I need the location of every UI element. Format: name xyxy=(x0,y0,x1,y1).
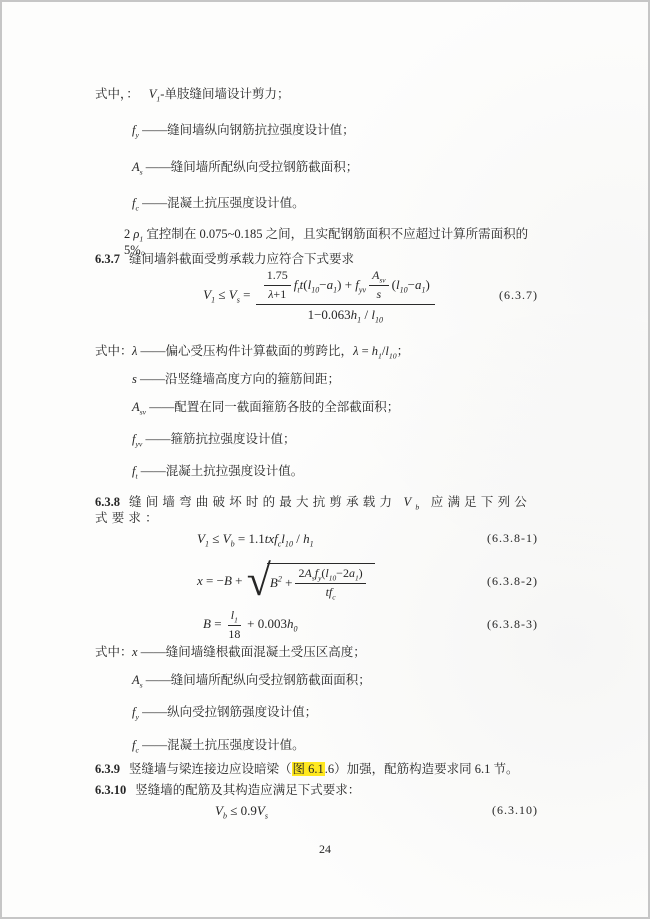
definition-row: ft ——混凝土抗拉强度设计值。 xyxy=(95,463,543,479)
definition-fc2: fc ——混凝土抗压强度设计值。 xyxy=(132,738,305,752)
where-label: 式中： xyxy=(95,343,133,359)
highlight-figure-ref: 图 6.1 xyxy=(292,762,325,776)
definition-row: s ——沿竖缝墙高度方向的箍筋间距； xyxy=(95,371,543,387)
formula-label: (6.3.7) xyxy=(499,288,538,304)
formula-label: (6.3.10) xyxy=(492,803,538,819)
formula-6-3-7: V1 ≤ Vs = 1.75λ+1ftt(l10−a1) + fyvAsvs(l… xyxy=(95,265,543,327)
radical-sign: √ xyxy=(247,561,271,601)
fraction: 1.75λ+1ftt(l10−a1) + fyvAsvs(l10−a1)1−0.… xyxy=(256,268,435,324)
fraction: l118 xyxy=(228,608,241,642)
definition-ft: ft ——混凝土抗拉强度设计值。 xyxy=(132,464,303,478)
definition-v1: V1-单肢缝间墙设计剪力； xyxy=(149,87,290,101)
formula-label: (6.3.8-2) xyxy=(487,574,538,590)
formula-label: (6.3.8-1) xyxy=(487,531,538,547)
definition-row: 式中：x ——缝间墙缝根截面混凝土受压区高度； xyxy=(95,644,543,660)
section-number: 6.3.9 xyxy=(95,762,120,776)
formula-6-3-10: Vb ≤ 0.9Vs (6.3.10) xyxy=(95,803,543,820)
definition-asv: Asv ——配置在同一截面箍筋各肢的全部截面积； xyxy=(132,400,399,414)
section-heading-6-3-10: 6.3.10竖缝墙的配筋及其构造应满足下式要求： xyxy=(95,782,543,798)
formula-label: (6.3.8-3) xyxy=(487,617,538,633)
section-title: 缝间墙斜截面受剪承载力应符合下式要求 xyxy=(129,252,354,266)
fraction: 2Asfy(l10−2a1)tfc xyxy=(295,566,365,600)
section-heading-6-3-8: 6.3.8缝间墙弯曲破坏时的最大抗剪承载力 Vb 应满足下列公式要求： xyxy=(95,494,543,527)
section-heading-6-3-9: 6.3.9竖缝墙与梁连接边应设暗梁（图 6.1.6）加强，配筋构造要求同 6.1… xyxy=(95,761,543,777)
definition-row: 式中：λ ——偏心受压构件计算截面的剪跨比，λ = h1/l10； xyxy=(95,343,543,359)
definition-fy: fy ——缝间墙纵向钢筋抗拉强度设计值； xyxy=(132,123,355,137)
formula-6-3-8-1: V1 ≤ Vb = 1.1txfcl10 / h1 (6.3.8-1) xyxy=(95,531,543,548)
fraction: 1.75λ+1 xyxy=(264,268,291,302)
document-page: 式中，：V1-单肢缝间墙设计剪力； fy ——缝间墙纵向钢筋抗拉强度设计值； A… xyxy=(0,0,650,919)
definition-x: x ——缝间墙缝根截面混凝土受压区高度； xyxy=(132,645,366,659)
definition-row: fyv ——箍筋抗拉强度设计值； xyxy=(95,431,543,447)
square-root: √B2 + 2Asfy(l10−2a1)tfc xyxy=(247,562,375,602)
definition-row: fy ——缝间墙纵向钢筋抗拉强度设计值； xyxy=(95,122,543,138)
definition-row: fc ——混凝土抗压强度设计值。 xyxy=(95,737,543,753)
definition-lambda: λ ——偏心受压构件计算截面的剪跨比，λ = h1/l10； xyxy=(132,344,409,358)
page-number: 24 xyxy=(2,842,648,857)
definition-row: fc ——混凝土抗压强度设计值。 xyxy=(95,195,543,211)
definition-row: Asv ——配置在同一截面箍筋各肢的全部截面积； xyxy=(95,399,543,415)
definition-as2: As ——缝间墙所配纵向受拉钢筋截面面积； xyxy=(132,673,371,687)
fraction: Asvs xyxy=(369,268,389,302)
section-number: 6.3.7 xyxy=(95,252,120,266)
section-text-post: .6）加强，配筋构造要求同 6.1 节。 xyxy=(325,762,519,776)
definition-row: As ——缝间墙所配纵向受拉钢筋截面积； xyxy=(95,159,543,175)
section-text-pre: 竖缝墙与梁连接边应设暗梁（ xyxy=(129,762,292,776)
definition-fy2: fy ——纵向受拉钢筋强度设计值； xyxy=(132,705,317,719)
definition-s: s ——沿竖缝墙高度方向的箍筋间距； xyxy=(132,372,340,386)
section-number: 6.3.10 xyxy=(95,783,126,797)
formula-6-3-8-3: B = l118 + 0.003h0 (6.3.8-3) xyxy=(95,603,543,647)
where-label: 式中，： xyxy=(95,87,139,101)
where-clause-intro: 式中，：V1-单肢缝间墙设计剪力； xyxy=(95,86,543,102)
section-number: 6.3.8 xyxy=(95,495,120,509)
definition-as: As ——缝间墙所配纵向受拉钢筋截面积； xyxy=(132,160,358,174)
definition-row: fy ——纵向受拉钢筋强度设计值； xyxy=(95,704,543,720)
where-label: 式中： xyxy=(95,644,133,660)
section-title: 缝间墙弯曲破坏时的最大抗剪承载力 Vb 应满足下列公式要求： xyxy=(95,495,531,525)
section-title: 竖缝墙的配筋及其构造应满足下式要求： xyxy=(135,783,360,797)
definition-fc: fc ——混凝土抗压强度设计值。 xyxy=(132,196,305,210)
definition-fyv: fyv ——箍筋抗拉强度设计值； xyxy=(132,432,296,446)
definition-row: As ——缝间墙所配纵向受拉钢筋截面面积； xyxy=(95,672,543,688)
